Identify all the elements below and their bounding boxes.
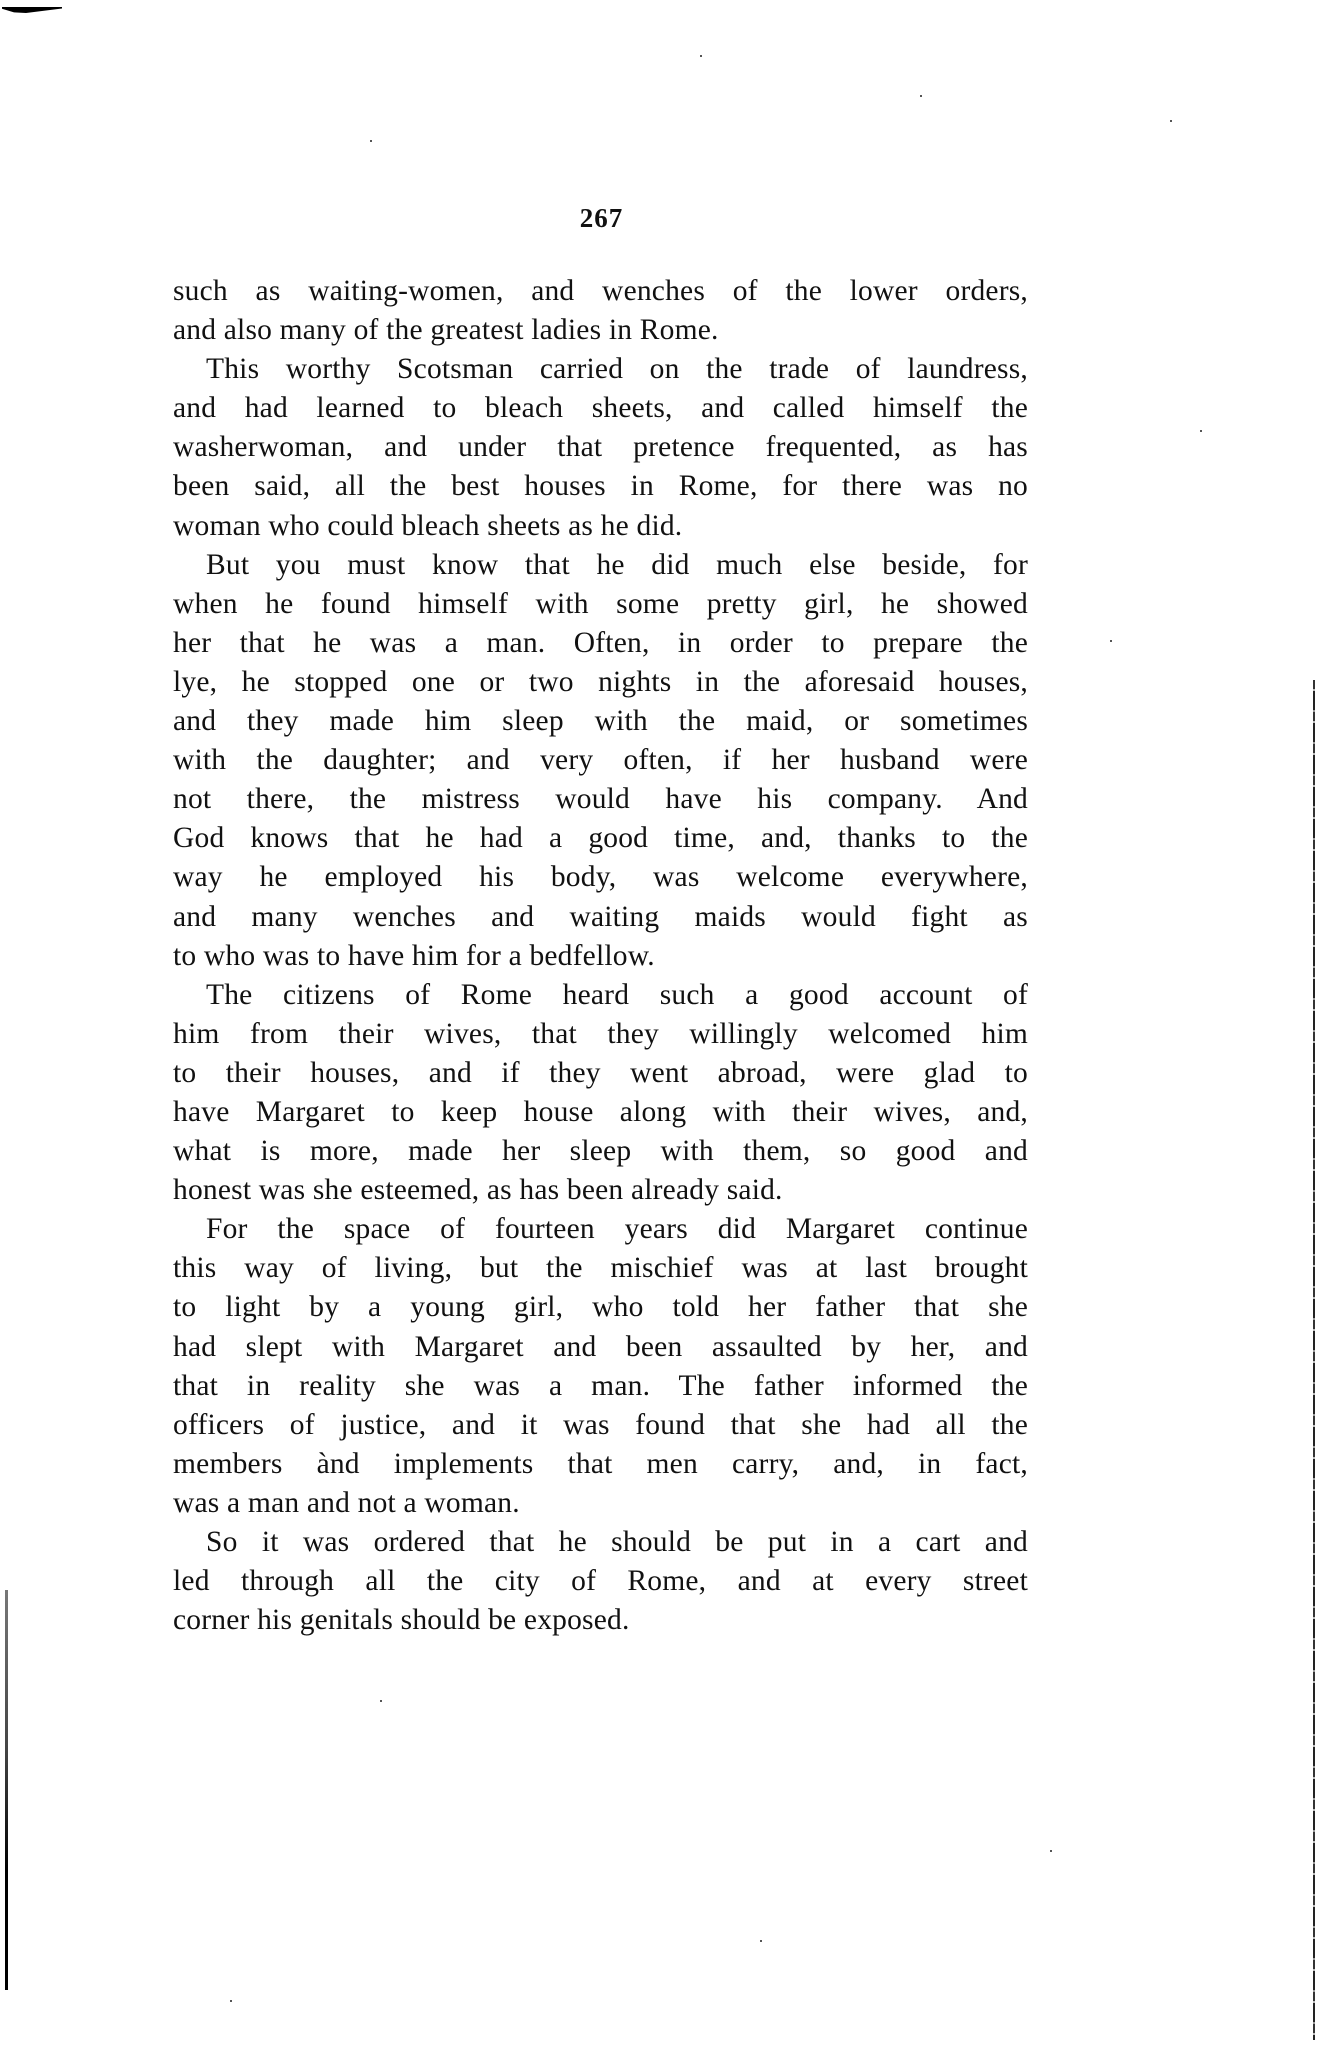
text-line: had slept with Margaret and been assault… — [173, 1328, 1028, 1367]
text-line: that in reality she was a man. The fathe… — [173, 1367, 1028, 1406]
scan-artifact-top-left — [2, 7, 62, 13]
text-line: officers of justice, and it was found th… — [173, 1406, 1028, 1445]
scan-speck — [370, 140, 372, 142]
body-text: such as waiting-women, and wenches of th… — [173, 272, 1028, 1640]
text-line: and had learned to bleach sheets, and ca… — [173, 389, 1028, 428]
text-line: this way of living, but the mischief was… — [173, 1249, 1028, 1288]
scan-speck — [1200, 430, 1202, 432]
text-line: honest was she esteemed, as has been alr… — [173, 1171, 1028, 1210]
scan-speck — [1170, 120, 1172, 122]
text-line: to who was to have him for a bedfellow. — [173, 937, 1028, 976]
page-edge-left — [5, 1590, 8, 1990]
page-edge-right — [1313, 680, 1315, 2040]
text-line: and they made him sleep with the maid, o… — [173, 702, 1028, 741]
text-line: not there, the mistress would have his c… — [173, 780, 1028, 819]
text-line: lye, he stopped one or two nights in the… — [173, 663, 1028, 702]
scan-speck — [700, 55, 702, 57]
text-line: way he employed his body, was welcome ev… — [173, 858, 1028, 897]
text-line: been said, all the best houses in Rome, … — [173, 467, 1028, 506]
text-line: when he found himself with some pretty g… — [173, 585, 1028, 624]
text-line: her that he was a man. Often, in order t… — [173, 624, 1028, 663]
scan-speck — [1050, 1850, 1052, 1852]
scan-speck — [920, 95, 922, 97]
scan-speck — [230, 2000, 232, 2002]
text-line: was a man and not a woman. — [173, 1484, 1028, 1523]
text-line: to their houses, and if they went abroad… — [173, 1054, 1028, 1093]
scan-speck — [380, 1700, 382, 1702]
paragraph-start-line: But you must know that he did much else … — [173, 546, 1028, 585]
text-line: corner his genitals should be exposed. — [173, 1601, 1028, 1640]
text-line: him from their wives, that they willingl… — [173, 1015, 1028, 1054]
paragraph-start-line: For the space of fourteen years did Marg… — [173, 1210, 1028, 1249]
text-line: what is more, made her sleep with them, … — [173, 1132, 1028, 1171]
text-line: God knows that he had a good time, and, … — [173, 819, 1028, 858]
paragraph-start-line: This worthy Scotsman carried on the trad… — [173, 350, 1028, 389]
text-line: such as waiting-women, and wenches of th… — [173, 272, 1028, 311]
paragraph-start-line: The citizens of Rome heard such a good a… — [173, 976, 1028, 1015]
text-line: led through all the city of Rome, and at… — [173, 1562, 1028, 1601]
text-line: to light by a young girl, who told her f… — [173, 1288, 1028, 1327]
text-line: and many wenches and waiting maids would… — [173, 898, 1028, 937]
text-line: washerwoman, and under that pretence fre… — [173, 428, 1028, 467]
text-line: with the daughter; and very often, if he… — [173, 741, 1028, 780]
text-line: and also many of the greatest ladies in … — [173, 311, 1028, 350]
scan-speck — [1110, 640, 1112, 642]
text-line: woman who could bleach sheets as he did. — [173, 507, 1028, 546]
paragraph-start-line: So it was ordered that he should be put … — [173, 1523, 1028, 1562]
text-line: have Margaret to keep house along with t… — [173, 1093, 1028, 1132]
text-line: members ànd implements that men carry, a… — [173, 1445, 1028, 1484]
scan-speck — [760, 1940, 762, 1942]
page-number: 267 — [0, 203, 1203, 234]
